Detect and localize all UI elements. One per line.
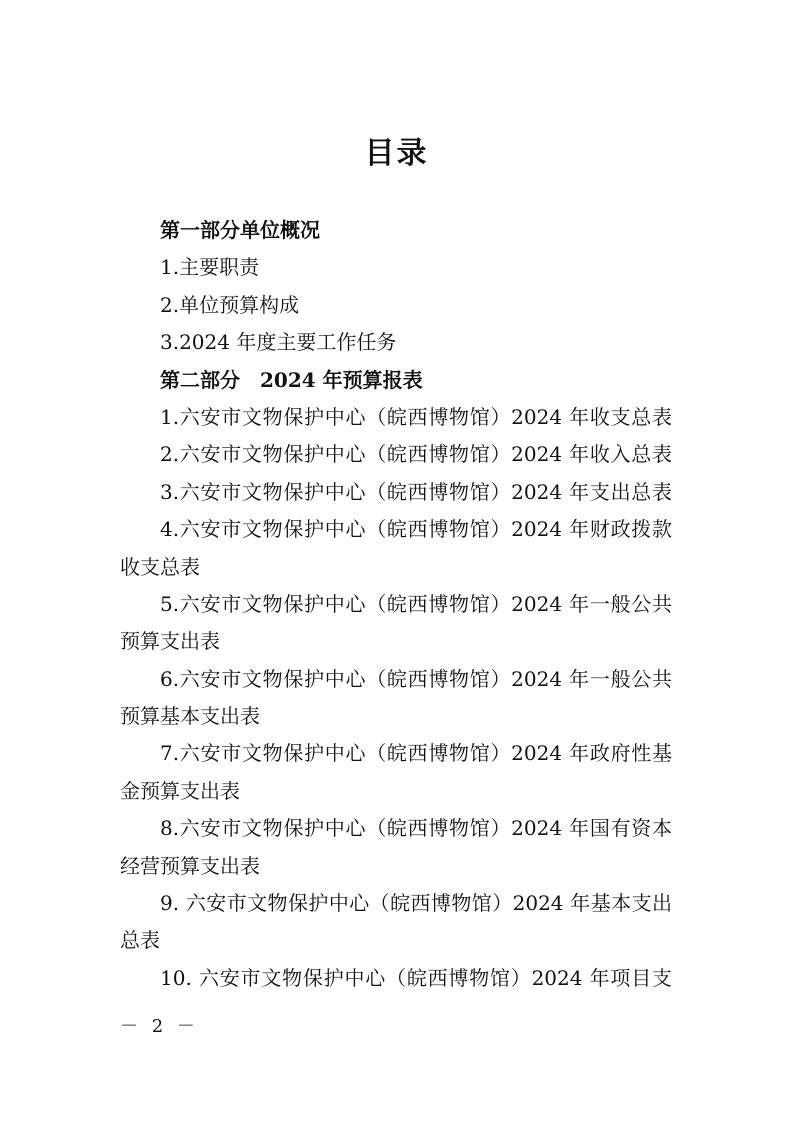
toc-item: 2.单位预算构成 xyxy=(120,287,672,324)
toc-item-continuation: 金预算支出表 xyxy=(120,773,672,810)
toc-item-continuation: 经营预算支出表 xyxy=(120,848,672,885)
section-heading-part-two: 第二部分 2024 年预算报表 xyxy=(120,362,672,399)
toc-item: 3.六安市文物保护中心（皖西博物馆）2024 年支出总表 xyxy=(120,474,672,511)
toc-item: 9. 六安市文物保护中心（皖西博物馆）2024 年基本支出 xyxy=(120,885,672,922)
toc-item-continuation: 预算基本支出表 xyxy=(120,698,672,735)
toc-item-continuation: 预算支出表 xyxy=(120,623,672,660)
toc-item: 6.六安市文物保护中心（皖西博物馆）2024 年一般公共 xyxy=(120,661,672,698)
table-of-contents: 第一部分单位概况 1.主要职责 2.单位预算构成 3.2024 年度主要工作任务… xyxy=(120,212,672,997)
toc-item: 2.六安市文物保护中心（皖西博物馆）2024 年收入总表 xyxy=(120,436,672,473)
toc-item-continuation: 收支总表 xyxy=(120,549,672,586)
page-title: 目录 xyxy=(0,128,793,172)
toc-item: 5.六安市文物保护中心（皖西博物馆）2024 年一般公共 xyxy=(120,586,672,623)
page-number: － 2 － xyxy=(120,1012,199,1038)
toc-item: 1.六安市文物保护中心（皖西博物馆）2024 年收支总表 xyxy=(120,399,672,436)
toc-item: 8.六安市文物保护中心（皖西博物馆）2024 年国有资本 xyxy=(120,810,672,847)
toc-item: 7.六安市文物保护中心（皖西博物馆）2024 年政府性基 xyxy=(120,735,672,772)
section-heading-part-one: 第一部分单位概况 xyxy=(120,212,672,249)
toc-item: 1.主要职责 xyxy=(120,249,672,286)
toc-item: 10. 六安市文物保护中心（皖西博物馆）2024 年项目支 xyxy=(120,960,672,997)
toc-item: 4.六安市文物保护中心（皖西博物馆）2024 年财政拨款 xyxy=(120,511,672,548)
toc-item: 3.2024 年度主要工作任务 xyxy=(120,324,672,361)
toc-item-continuation: 总表 xyxy=(120,922,672,959)
